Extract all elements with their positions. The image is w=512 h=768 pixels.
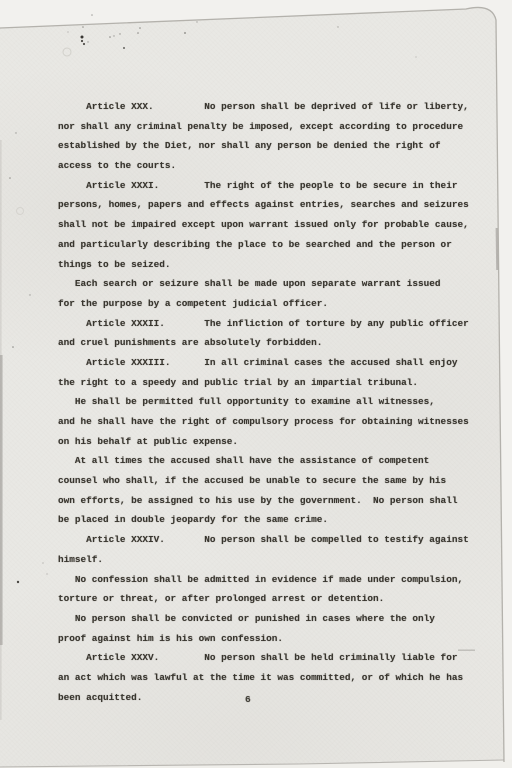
text-line: and cruel punishments are absolutely for… <box>58 333 469 353</box>
text-line: Article XXXII. The infliction of torture… <box>58 314 469 334</box>
text-line: Article XXXV. No person shall be held cr… <box>58 648 469 668</box>
text-line: and he shall have the right of compulsor… <box>58 412 469 432</box>
text-line: things to be seized. <box>58 255 469 275</box>
text-line: and particularly describing the place to… <box>58 235 469 255</box>
text-line: established by the Diet, nor shall any p… <box>58 136 469 156</box>
text-line: Article XXXI. The right of the people to… <box>58 176 469 196</box>
outside-margin-bottom <box>0 760 512 768</box>
paper-bottom-edge-line <box>0 760 504 767</box>
text-line: counsel who shall, if the accused be una… <box>58 471 469 491</box>
text-line: persons, homes, papers and effects again… <box>58 195 469 215</box>
text-line: access to the courts. <box>58 156 469 176</box>
text-line: shall not be impaired except upon warran… <box>58 215 469 235</box>
text-line: He shall be permitted full opportunity t… <box>58 392 469 412</box>
document-page: Article XXX. No person shall be deprived… <box>0 0 512 768</box>
page-number: 6 <box>245 694 251 705</box>
left-edge-shadow <box>0 355 3 645</box>
text-line: At all times the accused shall have the … <box>58 451 469 471</box>
left-edge-shadow-soft <box>0 140 2 720</box>
text-line: own efforts, be assigned to his use by t… <box>58 491 469 511</box>
text-line: Each search or seizure shall be made upo… <box>58 274 469 294</box>
text-line: on his behalf at public expense. <box>58 432 469 452</box>
text-line: Article XXXIV. No person shall be compel… <box>58 530 469 550</box>
text-line: nor shall any criminal penalty be impose… <box>58 117 469 137</box>
text-line: torture or threat, or after prolonged ar… <box>58 589 469 609</box>
text-line: the right to a speedy and public trial b… <box>58 373 469 393</box>
text-line: been acquitted. <box>58 688 469 708</box>
ring-mark <box>63 48 71 56</box>
text-line: for the purpose by a competent judicial … <box>58 294 469 314</box>
text-line: proof against him is his own confession. <box>58 629 469 649</box>
text-line: Article XXX. No person shall be deprived… <box>58 97 469 117</box>
ring-mark <box>17 208 24 215</box>
text-line: No confession shall be admitted in evide… <box>58 570 469 590</box>
text-line: Article XXXIII. In all criminal cases th… <box>58 353 469 373</box>
text-line: an act which was lawful at the time it w… <box>58 668 469 688</box>
text-line: be placed in double jeopardy for the sam… <box>58 510 469 530</box>
right-edge-smudge <box>497 228 498 270</box>
typewritten-text: Article XXX. No person shall be deprived… <box>58 97 469 707</box>
text-line: himself. <box>58 550 469 570</box>
text-line: No person shall be convicted or punished… <box>58 609 469 629</box>
